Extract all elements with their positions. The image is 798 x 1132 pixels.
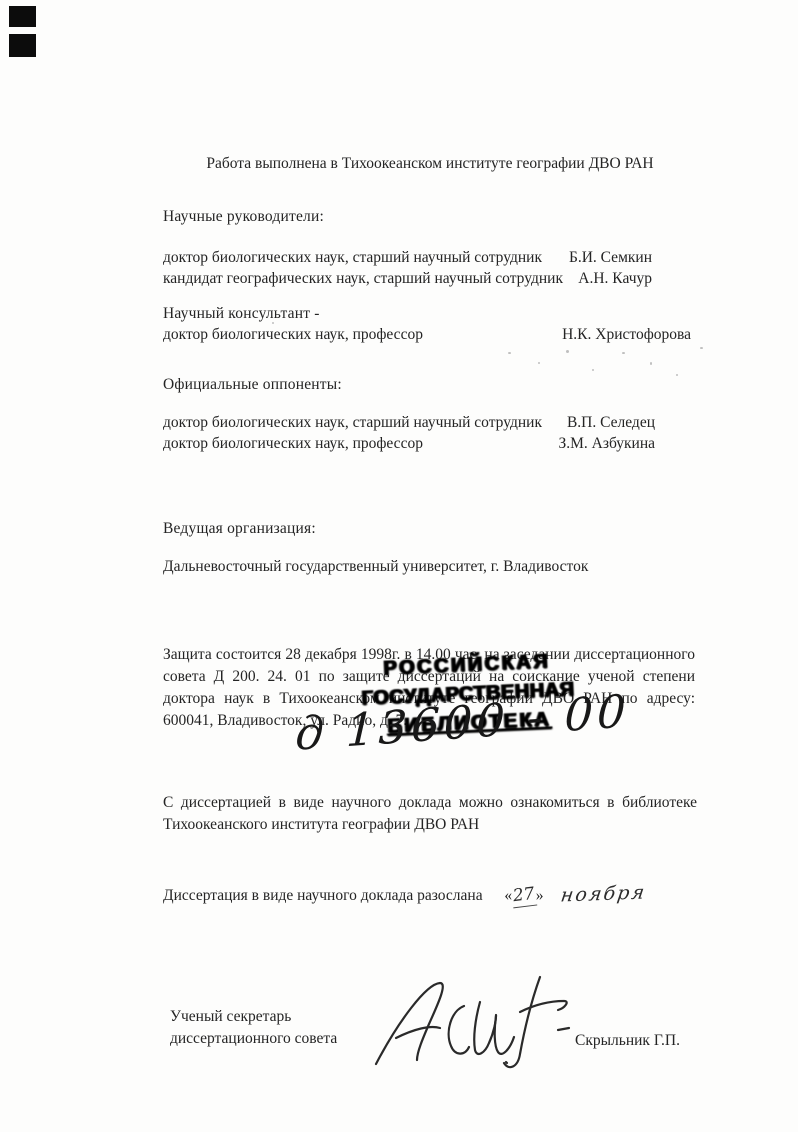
supervisor-row: доктор биологических наук, старший научн… (163, 247, 652, 268)
scan-corner-mark (9, 6, 36, 27)
quote-close: » (536, 887, 544, 904)
handwritten-day: 27 (511, 884, 537, 909)
person-name: Б.И. Семкин (569, 247, 652, 268)
scan-speckle (622, 352, 625, 354)
person-name: Н.К. Христофорова (562, 324, 691, 345)
handwritten-month: ноября (560, 883, 648, 907)
position-text: доктор биологических наук, профессор (163, 433, 423, 454)
scan-speckle (272, 322, 274, 324)
supervisors-label: Научные руководители: (163, 206, 324, 227)
scan-speckle (700, 347, 703, 349)
secretary-role-line2: диссертационного совета (170, 1028, 337, 1050)
leading-org-label: Ведущая организация: (163, 518, 316, 539)
leading-org-value: Дальневосточный государственный универси… (163, 556, 703, 577)
opponents-label: Официальные оппоненты: (163, 374, 342, 395)
scan-speckle (508, 352, 511, 354)
distribution-line: Диссертация в виде научного доклада разо… (163, 884, 646, 907)
scan-corner-mark (9, 34, 36, 57)
supervisor-row: кандидат географических наук, старший на… (163, 268, 652, 289)
library-paragraph: С диссертацией в виде научного доклада м… (163, 792, 697, 836)
scan-speckle (676, 374, 678, 376)
distribution-label: Диссертация в виде научного доклада разо… (163, 887, 483, 904)
position-text: доктор биологических наук, профессор (163, 324, 423, 345)
opponent-row: доктор биологических наук, профессор З.М… (163, 433, 655, 454)
supervisors-list: доктор биологических наук, старший научн… (163, 247, 652, 289)
scan-speckle (538, 362, 540, 364)
person-name: В.П. Селедец (567, 412, 655, 433)
opponents-list: доктор биологических наук, старший научн… (163, 412, 655, 454)
consultant-label: Научный консультант - (163, 303, 320, 324)
scan-speckle (650, 362, 652, 365)
person-name: З.М. Азбукина (558, 433, 655, 454)
signature-scribble (368, 972, 578, 1072)
position-text: кандидат географических наук, старший на… (163, 268, 563, 289)
position-text: доктор биологических наук, старший научн… (163, 412, 542, 433)
opponent-row: доктор биологических наук, старший научн… (163, 412, 655, 433)
secretary-name: Скрыльник Г.П. (575, 1030, 680, 1051)
scan-speckle (566, 350, 569, 353)
secretary-block: Ученый секретарь диссертационного совета (170, 1006, 337, 1050)
secretary-role-line1: Ученый секретарь (170, 1006, 337, 1028)
scan-speckle (592, 369, 594, 371)
page-title: Работа выполнена в Тихоокеанском институ… (140, 153, 720, 174)
shelfmark-handwriting: д 13600 - 00 (295, 700, 630, 744)
consultant-row: доктор биологических наук, профессор Н.К… (163, 324, 691, 345)
person-name: А.Н. Качур (578, 268, 652, 289)
position-text: доктор биологических наук, старший научн… (163, 247, 542, 268)
scanned-document-page: Работа выполнена в Тихоокеанском институ… (0, 0, 798, 1132)
